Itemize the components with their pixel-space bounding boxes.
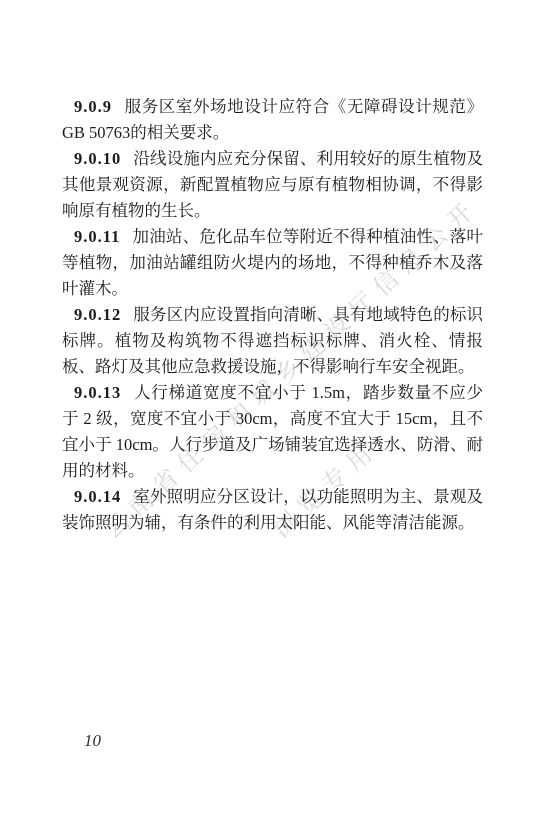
clause-text: 室外照明应分区设计，以功能照明为主、景观及装饰照明为辅，有条件的利用太阳能、风能… [62,487,483,532]
clause-paragraph: 9.0.10沿线设施内应充分保留、利用较好的原生植物及其他景观资源，新配置植物应… [62,146,483,224]
clause-number: 9.0.12 [74,305,121,324]
clause-paragraph: 9.0.11加油站、危化品车位等附近不得种植油性、落叶等植物，加油站罐组防火堤内… [62,224,483,302]
clause-number: 9.0.10 [74,149,121,168]
clause-paragraph: 9.0.14室外照明应分区设计，以功能照明为主、景观及装饰照明为辅，有条件的利用… [62,484,483,536]
clause-text: 加油站、危化品车位等附近不得种植油性、落叶等植物，加油站罐组防火堤内的场地，不得… [62,227,483,298]
document-page: 云南省住房和城乡建设厅信息公开 浏览专用 9.0.9服务区室外场地设计应符合《无… [0,0,559,816]
page-number: 10 [84,731,101,751]
clause-text: 服务区内应设置指向清晰、具有地域特色的标识标牌。植物及构筑物不得遮挡标识标牌、消… [62,305,483,376]
clause-paragraph: 9.0.9服务区室外场地设计应符合《无障碍设计规范》GB 50763的相关要求。 [62,94,483,146]
clause-number: 9.0.11 [74,227,120,246]
clause-text: 沿线设施内应充分保留、利用较好的原生植物及其他景观资源，新配置植物应与原有植物相… [62,149,483,220]
clause-number: 9.0.13 [74,383,121,402]
clause-paragraph: 9.0.13人行梯道宽度不宜小于 1.5m，踏步数量不应少于 2 级，宽度不宜小… [62,380,483,484]
clause-text: 服务区室外场地设计应符合《无障碍设计规范》GB 50763的相关要求。 [62,97,483,142]
clause-paragraph: 9.0.12服务区内应设置指向清晰、具有地域特色的标识标牌。植物及构筑物不得遮挡… [62,302,483,380]
clause-number: 9.0.9 [74,97,112,116]
clause-text: 人行梯道宽度不宜小于 1.5m，踏步数量不应少于 2 级，宽度不宜小于 30cm… [62,383,483,480]
clause-number: 9.0.14 [74,487,121,506]
clause-text-block: 9.0.9服务区室外场地设计应符合《无障碍设计规范》GB 50763的相关要求。… [62,94,483,536]
